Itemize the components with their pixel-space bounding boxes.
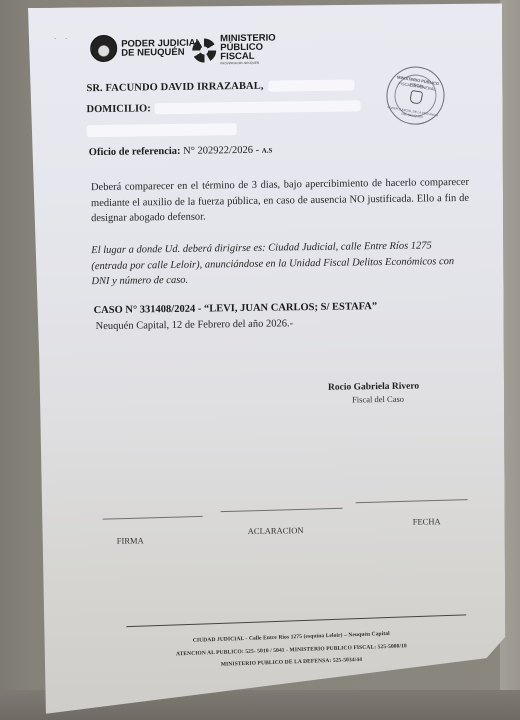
redaction-bar — [268, 79, 354, 91]
firma-label: FIRMA — [117, 535, 144, 545]
logo-mpf-sub: PROVINCIA DEL NEUQUÉN — [220, 61, 275, 66]
aclaracion-line — [221, 508, 343, 512]
signer-role: Fiscal del Caso — [352, 394, 404, 405]
logo-ministerio-publico-fiscal: MINISTERIO PÚBLICO FISCAL PROVINCIA DEL … — [192, 34, 276, 66]
place-date: Neuquén Capital, 12 de Febrero del año 2… — [96, 318, 293, 332]
addressee-name: SR. FACUNDO DAVID IRRAZABAL, — [86, 81, 263, 94]
case-number: CASO N° 331408/2024 - “LEVI, JUAN CARLOS… — [94, 301, 378, 316]
document-page: ·· PODER JUDICIAL DE NEUQUÉN MINISTERIO … — [28, 1, 506, 714]
official-stamp-icon: MINISTERIO PÚBLICO FISCAL FISCALÍA GENER… — [382, 62, 449, 129]
punch-marks: ·· — [54, 36, 76, 42]
ministerio-publico-fiscal-logo-icon — [192, 38, 216, 62]
oficio-suffix: A.S — [262, 147, 273, 155]
oficio-reference: Oficio de referencia: N° 202922/2026 - A… — [89, 145, 273, 159]
firma-line — [103, 516, 203, 520]
redaction-bar — [87, 123, 237, 137]
logo-poder-judicial: PODER JUDICIAL DE NEUQUÉN — [90, 34, 201, 63]
redaction-bar — [155, 100, 361, 114]
signer-name: Rocio Gabriela Rivero — [328, 382, 419, 393]
aclaracion-label: ACLARACION — [248, 525, 304, 536]
fecha-line — [356, 499, 468, 503]
fecha-label: FECHA — [413, 516, 441, 526]
location-paragraph: El lugar a donde Ud. deberá dirigirse es… — [91, 238, 469, 290]
oficio-number: N° 202922/2026 - — [183, 145, 259, 157]
oficio-label: Oficio de referencia: — [89, 146, 181, 158]
logo-pj-line2: DE NEUQUÉN — [121, 47, 201, 57]
domicilio-label: DOMICILIO: — [87, 103, 151, 115]
summons-paragraph: Deberá comparecer en el término de 3 dia… — [91, 175, 469, 227]
footer-divider — [126, 614, 466, 627]
poder-judicial-seal-icon — [90, 35, 117, 62]
